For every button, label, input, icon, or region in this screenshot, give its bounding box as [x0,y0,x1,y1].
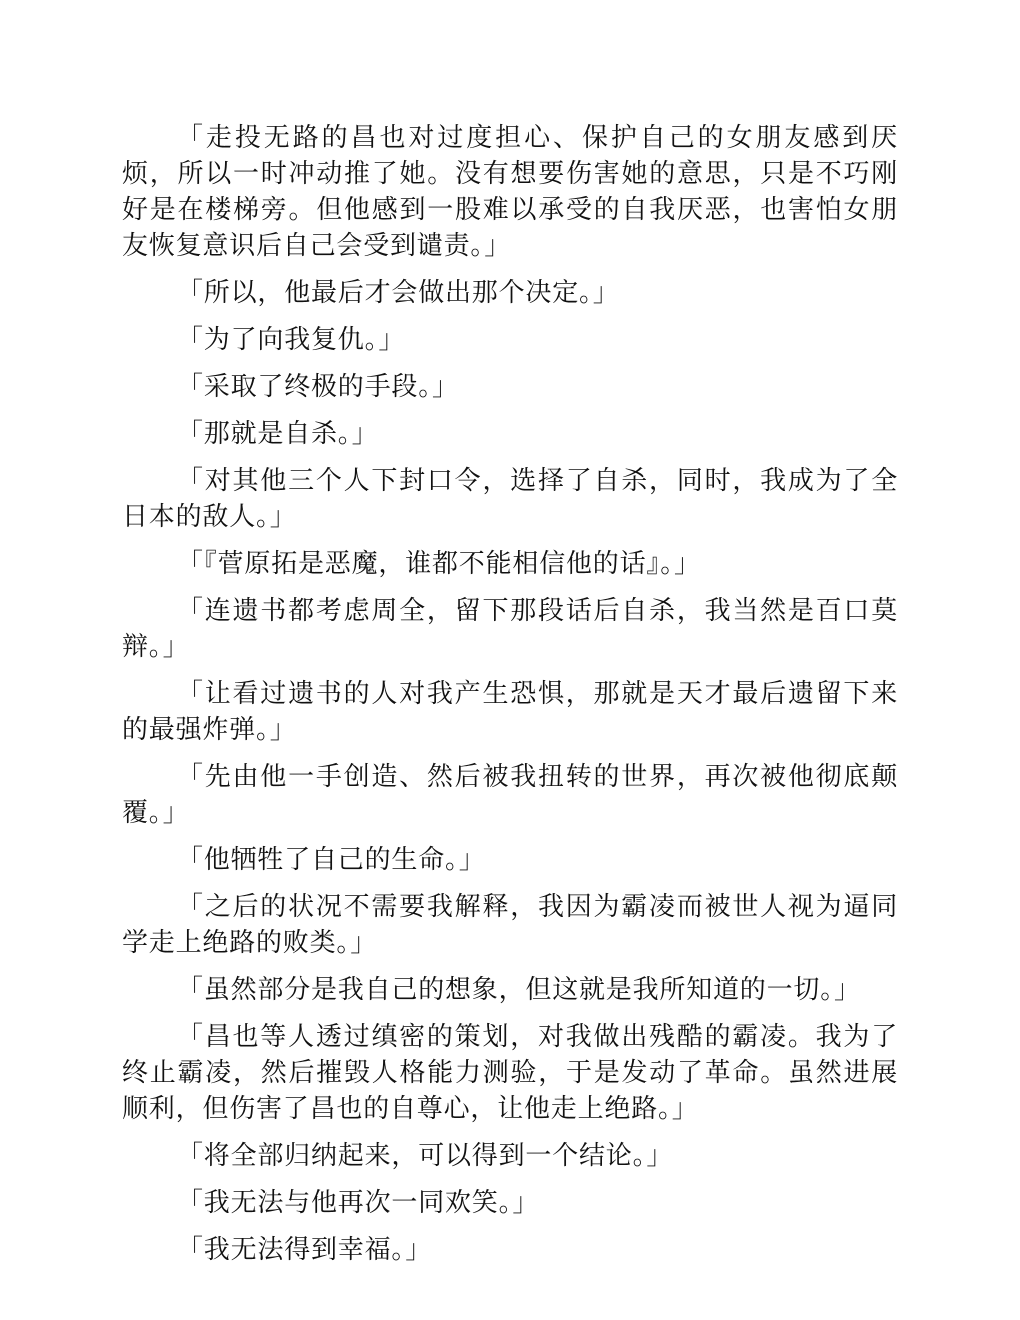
paragraph: 「对其他三个人下封口令，选择了自杀，同时，我成为了全日本的敌人。」 [122,463,898,535]
paragraph: 「那就是自杀。」 [122,416,898,452]
paragraph: 「将全部归纳起来，可以得到一个结论。」 [122,1138,898,1174]
paragraph: 「所以，他最后才会做出那个决定。」 [122,275,898,311]
paragraph: 「我无法与他再次一同欢笑。」 [122,1185,898,1221]
paragraph: 「走投无路的昌也对过度担心、保护自己的女朋友感到厌烦，所以一时冲动推了她。没有想… [122,120,898,264]
paragraph: 「虽然部分是我自己的想象，但这就是我所知道的一切。」 [122,972,898,1008]
paragraph: 「我无法得到幸福。」 [122,1232,898,1268]
paragraph: 「之后的状况不需要我解释，我因为霸凌而被世人视为逼同学走上绝路的败类。」 [122,889,898,961]
paragraph: 「为了向我复仇。」 [122,322,898,358]
paragraph: 「昌也等人透过缜密的策划，对我做出残酷的霸凌。我为了终止霸凌，然后摧毁人格能力测… [122,1019,898,1127]
paragraph: 「连遗书都考虑周全，留下那段话后自杀，我当然是百口莫辩。」 [122,593,898,665]
document-page: 「走投无路的昌也对过度担心、保护自己的女朋友感到厌烦，所以一时冲动推了她。没有想… [122,120,898,1279]
paragraph: 「他牺牲了自己的生命。」 [122,842,898,878]
paragraph: 「先由他一手创造、然后被我扭转的世界，再次被他彻底颠覆。」 [122,759,898,831]
paragraph: 「采取了终极的手段。」 [122,369,898,405]
paragraph: 「『菅原拓是恶魔，谁都不能相信他的话』。」 [122,546,898,582]
paragraph: 「让看过遗书的人对我产生恐惧，那就是天才最后遗留下来的最强炸弹。」 [122,676,898,748]
